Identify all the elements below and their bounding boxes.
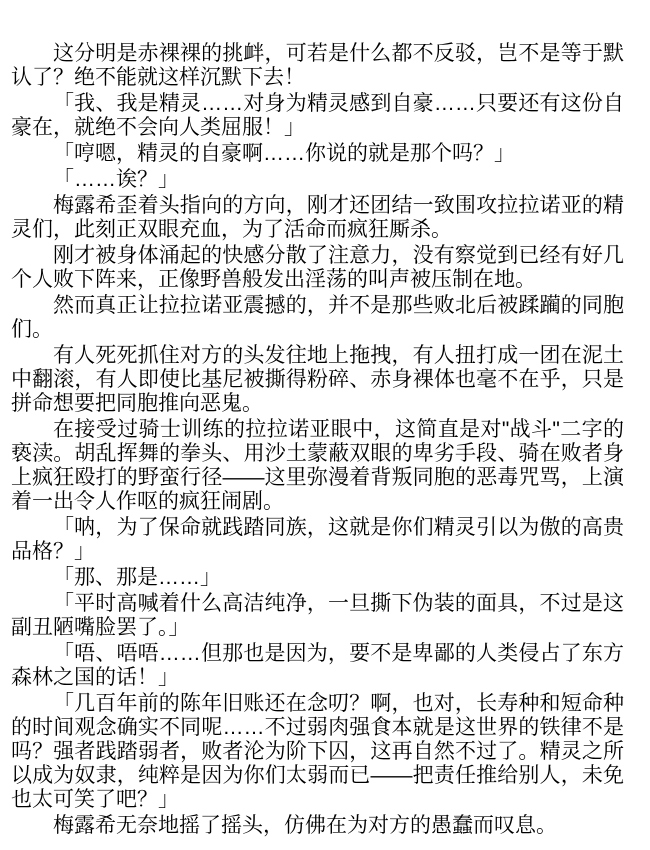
paragraph-dialogue: 「平时高喊着什么高洁纯净，一旦撕下伪装的面具，不过是这副丑陋嘴脸罢了。」 xyxy=(11,592,624,640)
paragraph-narration: 梅露希歪着头指向的方向，刚才还团结一致围攻拉拉诺亚的精灵们，此刻正双眼充血，为了… xyxy=(11,194,624,242)
paragraph-narration: 这分明是赤裸裸的挑衅，可若是什么都不反驳，岂不是等于默认了？绝不能就这样沉默下去… xyxy=(11,42,624,90)
paragraph-narration: 有人死死抓住对方的头发往地上拖拽，有人扭打成一团在泥土中翻滚，有人即使比基尼被撕… xyxy=(11,344,624,416)
paragraph-narration: 然而真正让拉拉诺亚震撼的，并不是那些败北后被蹂躏的同胞们。 xyxy=(11,294,624,342)
paragraph-dialogue: 「哼嗯，精灵的自豪啊……你说的就是那个吗？」 xyxy=(11,142,624,166)
paragraph-narration: 梅露希无奈地摇了摇头，仿佛在为对方的愚蠢而叹息。 xyxy=(11,814,624,838)
paragraph-dialogue: 「……诶？」 xyxy=(11,168,624,192)
paragraph-dialogue: 「唔、唔唔……但那也是因为，要不是卑鄙的人类侵占了东方森林之国的话！」 xyxy=(11,642,624,690)
paragraph-dialogue: 「那、那是……」 xyxy=(11,566,624,590)
paragraph-dialogue: 「我、我是精灵……对身为精灵感到自豪……只要还有这份自豪在，就绝不会向人类屈服！… xyxy=(11,92,624,140)
novel-page: 这分明是赤裸裸的挑衅，可若是什么都不反驳，岂不是等于默认了？绝不能就这样沉默下去… xyxy=(0,0,650,850)
paragraph-dialogue: 「几百年前的陈年旧账还在念叨？啊，也对，长寿种和短命种的时间观念确实不同呢……不… xyxy=(11,692,624,812)
paragraph-narration: 刚才被身体涌起的快感分散了注意力，没有察觉到已经有好几个人败下阵来，正像野兽般发… xyxy=(11,244,624,292)
paragraph-narration: 在接受过骑士训练的拉拉诺亚眼中，这简直是对"战斗"二字的亵渎。胡乱挥舞的拳头、用… xyxy=(11,418,624,514)
paragraph-dialogue: 「呐，为了保命就践踏同族，这就是你们精灵引以为傲的高贵品格？」 xyxy=(11,516,624,564)
